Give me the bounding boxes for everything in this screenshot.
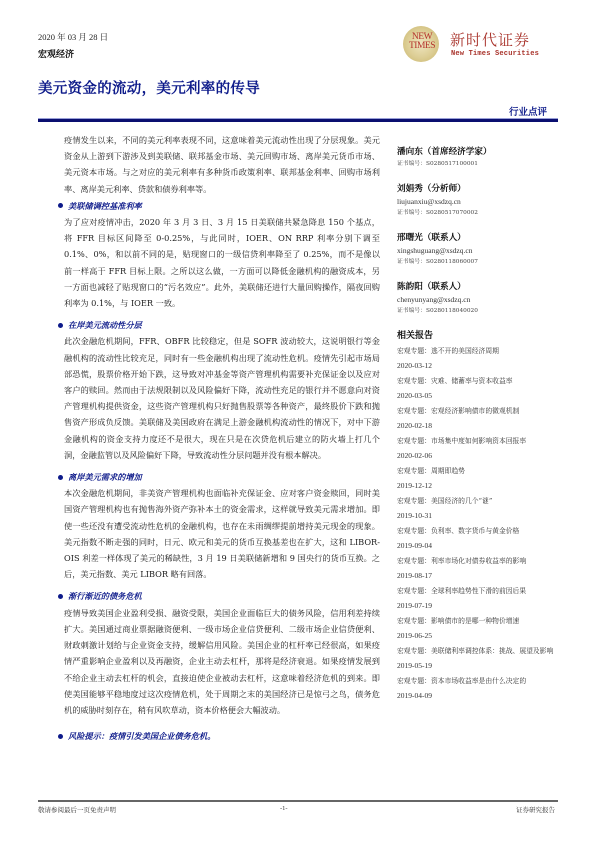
- author-card: 陈韵阳（联系人） chenyunyang@xsdzq.cn 证书编号：S0280…: [397, 280, 567, 317]
- author-cert: 证书编号：S0280118040020: [397, 306, 567, 317]
- related-report-title[interactable]: 宏观专题：负利率、数字货币与黄金价格: [397, 523, 567, 538]
- related-report-item[interactable]: 宏观专题：宏观经济影响债市的微观机制2020-02-18: [397, 403, 567, 433]
- author-email[interactable]: liujuanxiu@xsdzq.cn: [397, 196, 567, 208]
- author-name: 刘娟秀（分析师）: [397, 182, 567, 196]
- related-report-item[interactable]: 宏观专题：资本市场收益率是由什么决定的2019-04-09: [397, 673, 567, 703]
- header-divider: [38, 119, 558, 122]
- related-report-date: 2019-09-04: [397, 538, 567, 553]
- report-type-label: 行业点评: [509, 104, 547, 118]
- bullet-icon: [58, 594, 63, 599]
- related-report-title[interactable]: 宏观专题：全球利率趋势性下滑的前因后果: [397, 583, 567, 598]
- bullet-icon: [58, 734, 63, 739]
- author-name: 陈韵阳（联系人）: [397, 280, 567, 294]
- company-logo: NEW TIMES 新时代证券 New Times Securities: [403, 24, 583, 68]
- logo-emblem-text: NEW TIMES: [399, 33, 445, 51]
- bullet-icon: [58, 323, 63, 328]
- related-report-title[interactable]: 宏观专题：宏观经济影响债市的微观机制: [397, 403, 567, 418]
- author-name: 潘向东（首席经济学家）: [397, 145, 567, 159]
- footer-divider: [38, 800, 558, 802]
- report-category: 宏观经济: [38, 47, 74, 60]
- related-reports-list: 宏观专题：逃不开的美国经济周期2020-03-12 宏观专题：灾难、储蓄率与资本…: [397, 343, 567, 703]
- related-report-title[interactable]: 宏观专题：美联储利率调控体系：挑战、展望及影响: [397, 643, 567, 658]
- author-card: 刘娟秀（分析师） liujuanxiu@xsdzq.cn 证书编号：S02805…: [397, 182, 567, 219]
- author-email[interactable]: chenyunyang@xsdzq.cn: [397, 294, 567, 306]
- risk-warning: 风险提示：疫情引发美国企业债务危机。: [64, 728, 380, 744]
- related-report-item[interactable]: 宏观专题：市场集中度如何影响资本回报率2020-02-06: [397, 433, 567, 463]
- report-date: 2020 年 03 月 28 日: [38, 31, 108, 43]
- footer-doc-type: 证券研究报告: [516, 805, 555, 814]
- related-report-date: 2019-08-17: [397, 568, 567, 583]
- related-report-date: 2020-02-18: [397, 418, 567, 433]
- sidebar: 潘向东（首席经济学家） 证书编号：S0280517100001 刘娟秀（分析师）…: [397, 145, 567, 703]
- logo-emblem-line2: TIMES: [399, 42, 445, 51]
- intro-paragraph: 疫情发生以来，不同的美元利率表现不同，这意味着美元流动性出现了分层现象。美元资金…: [64, 132, 380, 197]
- section-heading-text: 离岸美元需求的增加: [68, 469, 142, 485]
- section-heading-text: 美联储调控基准利率: [68, 198, 142, 214]
- author-name: 邢曙光（联系人）: [397, 231, 567, 245]
- related-report-item[interactable]: 宏观专题：全球利率趋势性下滑的前因后果2019-07-19: [397, 583, 567, 613]
- section-body-onshore-liquidity: 此次金融危机期间，FFR、OBFR 比较稳定，但是 SOFR 波动较大，这说明银…: [64, 333, 380, 463]
- author-cert: 证书编号：S0280517100001: [397, 159, 567, 170]
- bullet-icon: [58, 475, 63, 480]
- related-report-date: 2019-10-31: [397, 508, 567, 523]
- section-heading-offshore-demand: 离岸美元需求的增加: [64, 469, 380, 485]
- bullet-icon: [58, 203, 63, 208]
- related-report-date: 2020-02-06: [397, 448, 567, 463]
- related-report-title[interactable]: 宏观专题：资本市场收益率是由什么决定的: [397, 673, 567, 688]
- section-body-fed-rate: 为了应对疫情冲击，2020 年 3 月 3 日、3 月 15 日美联储共紧急降息…: [64, 214, 380, 311]
- related-report-title[interactable]: 宏观专题：灾难、储蓄率与资本收益率: [397, 373, 567, 388]
- author-cert: 证书编号：S0280118060007: [397, 257, 567, 268]
- related-report-date: 2019-07-19: [397, 598, 567, 613]
- related-report-date: 2020-03-12: [397, 358, 567, 373]
- related-reports-title: 相关报告: [397, 329, 567, 343]
- related-report-date: 2019-12-12: [397, 478, 567, 493]
- logo-name-en: New Times Securities: [451, 50, 539, 58]
- section-heading-debt-crisis: 渐行渐近的债务危机: [64, 588, 380, 604]
- related-report-item[interactable]: 宏观专题：周期即趋势2019-12-12: [397, 463, 567, 493]
- section-body-debt-crisis: 疫情导致美国企业盈利受损、融资受限，美国企业面临巨大的债务风险，信用利差持续扩大…: [64, 605, 380, 718]
- related-report-title[interactable]: 宏观专题：逃不开的美国经济周期: [397, 343, 567, 358]
- related-report-title[interactable]: 宏观专题：市场集中度如何影响资本回报率: [397, 433, 567, 448]
- related-report-item[interactable]: 宏观专题：负利率、数字货币与黄金价格2019-09-04: [397, 523, 567, 553]
- related-report-date: 2019-04-09: [397, 688, 567, 703]
- section-heading-text: 在岸美元流动性分层: [68, 317, 142, 333]
- report-title: 美元资金的流动，美元利率的传导: [38, 77, 260, 98]
- related-report-date: 2019-05-19: [397, 658, 567, 673]
- main-content: 疫情发生以来，不同的美元利率表现不同，这意味着美元流动性出现了分层现象。美元资金…: [64, 132, 380, 744]
- logo-name-cn: 新时代证券: [450, 29, 530, 50]
- section-body-offshore-demand: 本次金融危机期间，非美资产管理机构也面临补充保证金、应对客户资金赎回，同时美国资…: [64, 485, 380, 582]
- risk-warning-text: 风险提示：疫情引发美国企业债务危机。: [68, 728, 215, 744]
- related-report-date: 2020-03-05: [397, 388, 567, 403]
- related-report-title[interactable]: 宏观专题：影响债市的是哪一种物价增速: [397, 613, 567, 628]
- related-report-item[interactable]: 宏观专题：影响债市的是哪一种物价增速2019-06-25: [397, 613, 567, 643]
- related-report-title[interactable]: 宏观专题：周期即趋势: [397, 463, 567, 478]
- related-report-title[interactable]: 宏观专题：利率市场化对债券收益率的影响: [397, 553, 567, 568]
- related-report-item[interactable]: 宏观专题：逃不开的美国经济周期2020-03-12: [397, 343, 567, 373]
- author-email[interactable]: xingshuguang@xsdzq.cn: [397, 245, 567, 257]
- section-heading-text: 渐行渐近的债务危机: [68, 588, 142, 604]
- related-report-item[interactable]: 宏观专题：灾难、储蓄率与资本收益率2020-03-05: [397, 373, 567, 403]
- related-report-item[interactable]: 宏观专题：美国经济的几个“谜”2019-10-31: [397, 493, 567, 523]
- author-card: 潘向东（首席经济学家） 证书编号：S0280517100001: [397, 145, 567, 170]
- related-report-item[interactable]: 宏观专题：美联储利率调控体系：挑战、展望及影响2019-05-19: [397, 643, 567, 673]
- related-report-item[interactable]: 宏观专题：利率市场化对债券收益率的影响2019-08-17: [397, 553, 567, 583]
- related-report-title[interactable]: 宏观专题：美国经济的几个“谜”: [397, 493, 567, 508]
- section-heading-onshore-liquidity: 在岸美元流动性分层: [64, 317, 380, 333]
- author-card: 邢曙光（联系人） xingshuguang@xsdzq.cn 证书编号：S028…: [397, 231, 567, 268]
- related-report-date: 2019-06-25: [397, 628, 567, 643]
- author-cert: 证书编号：S0280517070002: [397, 208, 567, 219]
- footer-disclaimer: 敬请参阅最后一页免责声明: [38, 805, 116, 814]
- page-number: -1-: [280, 805, 288, 812]
- section-heading-fed-rate: 美联储调控基准利率: [64, 198, 380, 214]
